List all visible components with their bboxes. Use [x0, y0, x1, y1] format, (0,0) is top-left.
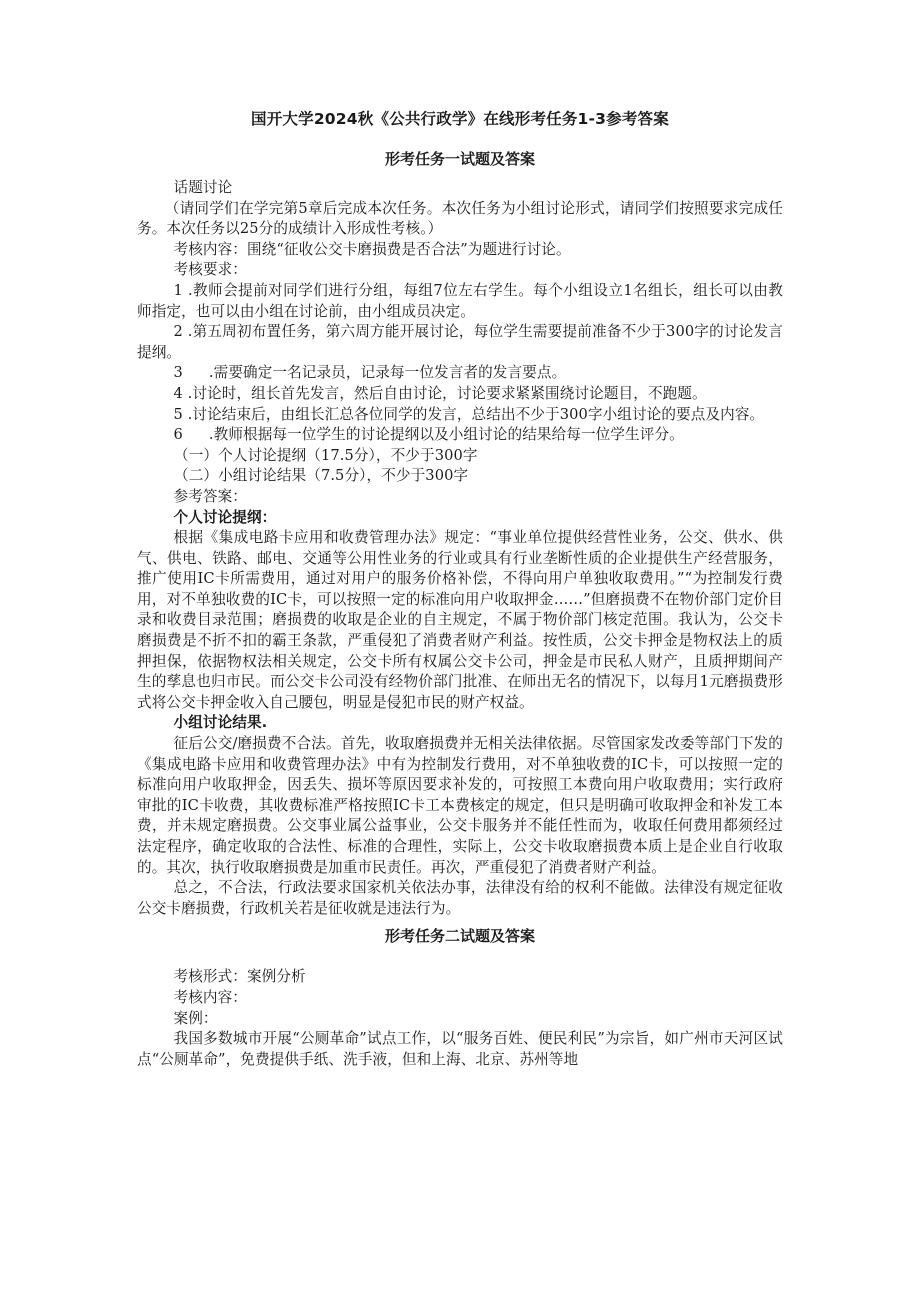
- requirement-item-4: 4 .讨论时，组长首先发言，然后自由讨论，讨论要求紧紧围绕讨论题目，不跑题。: [137, 384, 783, 405]
- conclusion-paragraph: 总之，不合法，行政法要求国家机关依法办事，法律没有给的权利不能做。法律没有规定征…: [137, 878, 783, 919]
- requirements-label: 考核要求：: [137, 260, 783, 281]
- requirement-number: 2: [174, 323, 183, 340]
- requirement-number: 3: [174, 364, 183, 381]
- document-title: 国开大学2024秋《公共行政学》在线形考任务1-3参考答案: [137, 108, 783, 130]
- requirement-item-2: 2 .第五周初布置任务，第六周方能开展讨论，每位学生需要提前准备不少于300字的…: [137, 322, 783, 363]
- requirement-number: 5: [174, 406, 183, 423]
- requirement-text: .讨论时，组长首先发言，然后自由讨论，讨论要求紧紧围绕讨论题目，不跑题。: [188, 385, 707, 402]
- document-page: 国开大学2024秋《公共行政学》在线形考任务1-3参考答案 形考任务一试题及答案…: [137, 108, 783, 1070]
- requirement-item-3: 3.需要确定一名记录员，记录每一位发言者的发言要点。: [137, 363, 783, 384]
- scoring-group: （二）小组讨论结果（7.5分），不少于300字: [137, 466, 783, 487]
- answer-label: 参考答案：: [137, 487, 783, 508]
- group-heading: 小组讨论结果.: [137, 713, 783, 734]
- requirement-text: .第五周初布置任务，第六周方能开展讨论，每位学生需要提前准备不少于300字的讨论…: [137, 323, 783, 361]
- individual-paragraph: 根据《集成电路卡应用和收费管理办法》规定：“事业单位提供经营性业务，公交、供水、…: [137, 528, 783, 713]
- individual-heading: 个人讨论提纲：: [137, 508, 783, 529]
- requirement-number: 6: [174, 426, 183, 443]
- group-paragraph: 征后公交/磨损费不合法。首先，收取磨损费并无相关法律依据。尽管国家发改委等部门下…: [137, 734, 783, 878]
- case-paragraph: 我国多数城市开展“公厕革命”试点工作，以“服务百姓、便民利民”为宗旨，如广州市天…: [137, 1029, 783, 1070]
- case-label: 案例：: [137, 1009, 783, 1030]
- instructions-paragraph: （请同学们在学完第5章后完成本次任务。本次任务为小组讨论形式，请同学们按照要求完…: [137, 199, 783, 240]
- requirement-text: .教师根据每一位学生的讨论提纲以及小组讨论的结果给每一位学生评分。: [209, 426, 684, 443]
- form-line: 考核形式：案例分析: [137, 967, 783, 988]
- topic-label: 话题讨论: [137, 178, 783, 199]
- requirement-number: 1: [174, 282, 183, 299]
- section2-heading: 形考任务二试题及答案: [137, 925, 783, 947]
- requirement-text: .讨论结束后，由组长汇总各位同学的发言，总结出不少于300字小组讨论的要点及内容…: [188, 406, 765, 423]
- requirement-item-1: 1 .教师会提前对同学们进行分组，每组7位左右学生。每个小组设立1名组长，组长可…: [137, 281, 783, 322]
- content-label: 考核内容：: [137, 988, 783, 1009]
- scoring-individual: （一）个人讨论提纲（17.5分），不少于300字: [137, 446, 783, 467]
- section1-heading: 形考任务一试题及答案: [137, 148, 783, 170]
- requirement-text: .需要确定一名记录员，记录每一位发言者的发言要点。: [209, 364, 566, 381]
- content-line: 考核内容：围绕“征收公交卡磨损费是否合法”为题进行讨论。: [137, 240, 783, 261]
- requirement-text: .教师会提前对同学们进行分组，每组7位左右学生。每个小组设立1名组长，组长可以由…: [137, 282, 783, 320]
- requirement-item-6: 6.教师根据每一位学生的讨论提纲以及小组讨论的结果给每一位学生评分。: [137, 425, 783, 446]
- requirement-item-5: 5 .讨论结束后，由组长汇总各位同学的发言，总结出不少于300字小组讨论的要点及…: [137, 405, 783, 426]
- requirement-number: 4: [174, 385, 183, 402]
